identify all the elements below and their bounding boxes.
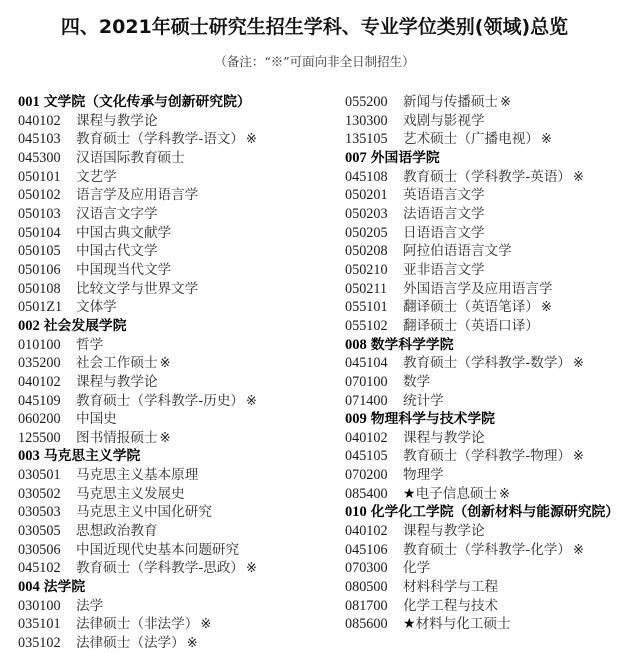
program-item: 045104教育硕士（学科教学-数学）※ xyxy=(345,354,625,373)
program-item: 045109教育硕士（学科教学-历史）※ xyxy=(18,392,323,411)
program-code: 135105 xyxy=(345,130,403,149)
program-item: 055101翻译硕士（英语笔译）※ xyxy=(345,298,625,317)
program-item: 050101文艺学 xyxy=(18,168,323,187)
program-item: 050104中国古典文献学 xyxy=(18,224,323,243)
program-code: 045102 xyxy=(18,559,76,578)
program-name: 亚非语言文学 xyxy=(403,262,485,278)
part-time-mark-icon: ※ xyxy=(541,300,552,315)
program-name: 化学 xyxy=(403,560,430,576)
program-item: 135105艺术硕士（广播电视）※ xyxy=(345,130,625,149)
program-code: 040102 xyxy=(18,373,76,392)
part-time-mark-icon: ※ xyxy=(573,356,584,371)
part-time-mark-icon: ※ xyxy=(246,132,257,147)
program-code: 035200 xyxy=(18,354,76,373)
department-heading: 008数学科学学院 xyxy=(345,336,625,355)
program-item: 071400统计学 xyxy=(345,392,625,411)
program-name: 教育硕士（学科教学-物理） xyxy=(403,448,571,464)
program-code: 030501 xyxy=(18,466,76,485)
department-heading: 004法学院 xyxy=(18,578,323,597)
program-name: 语言学及应用语言学 xyxy=(76,187,198,203)
note-text: （备注：“※”可面向非全日制招生） xyxy=(0,52,629,70)
program-name: 中国古代文学 xyxy=(76,243,158,259)
program-item: 050105中国古代文学 xyxy=(18,242,323,261)
program-code: 030502 xyxy=(18,485,76,504)
department-heading: 001文学院（文化传承与创新研究院） xyxy=(18,93,323,112)
program-item: 125500图书情报硕士※ xyxy=(18,429,323,448)
program-code: 050103 xyxy=(18,205,76,224)
department-code: 009 xyxy=(345,411,367,427)
part-time-mark-icon: ※ xyxy=(573,170,584,185)
program-name: 中国史 xyxy=(76,411,117,427)
part-time-mark-icon: ※ xyxy=(541,132,552,147)
program-name: 文体学 xyxy=(76,299,117,315)
department-heading: 009物理科学与技术学院 xyxy=(345,410,625,429)
program-code: 080500 xyxy=(345,578,403,597)
program-name: 电子信息硕士 xyxy=(416,486,498,502)
program-name: 法语语言文学 xyxy=(403,206,485,222)
department-heading: 003马克思主义学院 xyxy=(18,447,323,466)
program-name: 化学工程与技术 xyxy=(403,598,498,614)
program-item: 045102教育硕士（学科教学-思政）※ xyxy=(18,559,323,578)
right-column: 055200新闻与传播硕士※130300戏剧与影视学135105艺术硕士（广播电… xyxy=(345,93,625,634)
program-name: 马克思主义基本原理 xyxy=(76,467,198,483)
program-item: 050108比较文学与世界文学 xyxy=(18,280,323,299)
program-name: 日语语言文学 xyxy=(403,225,485,241)
star-icon: ★ xyxy=(403,486,416,502)
program-code: 045106 xyxy=(345,541,403,560)
department-name: 数学科学学院 xyxy=(371,337,454,353)
program-name: 翻译硕士（英语口译） xyxy=(403,318,539,334)
program-name: 法律硕士（法学） xyxy=(76,635,185,651)
program-item: 050201英语语言文学 xyxy=(345,186,625,205)
department-heading: 010化学化工学院（创新材料与能源研究院） xyxy=(345,503,625,522)
program-name: 哲学 xyxy=(76,337,103,353)
program-item: 055200新闻与传播硕士※ xyxy=(345,93,625,112)
program-code: 050108 xyxy=(18,280,76,299)
department-code: 010 xyxy=(345,504,367,520)
program-code: 045103 xyxy=(18,130,76,149)
department-code: 003 xyxy=(18,448,40,464)
program-name: 教育硕士（学科教学-思政） xyxy=(76,560,244,576)
program-name: 中国现当代文学 xyxy=(76,262,171,278)
department-heading: 002社会发展学院 xyxy=(18,317,323,336)
department-name: 外国语学院 xyxy=(371,150,440,166)
part-time-mark-icon: ※ xyxy=(160,431,171,446)
department-name: 社会发展学院 xyxy=(44,318,127,334)
program-name: 思想政治教育 xyxy=(76,523,158,539)
program-code: 055200 xyxy=(345,93,403,112)
program-code: 130300 xyxy=(345,112,403,131)
program-code: 050205 xyxy=(345,224,403,243)
program-code: 085600 xyxy=(345,615,403,634)
department-code: 007 xyxy=(345,150,367,166)
program-item: 045105教育硕士（学科教学-物理）※ xyxy=(345,447,625,466)
program-name: 材料科学与工程 xyxy=(403,579,498,595)
program-code: 070200 xyxy=(345,466,403,485)
department-name: 化学化工学院（创新材料与能源研究院） xyxy=(371,504,619,520)
program-item: 045106教育硕士（学科教学-化学）※ xyxy=(345,541,625,560)
program-code: 070100 xyxy=(345,373,403,392)
part-time-mark-icon: ※ xyxy=(160,356,171,371)
department-name: 法学院 xyxy=(44,579,85,595)
program-item: 130300戏剧与影视学 xyxy=(345,112,625,131)
program-name: 阿拉伯语语言文学 xyxy=(403,243,512,259)
program-name: 法学 xyxy=(76,598,103,614)
program-item: 050106中国现当代文学 xyxy=(18,261,323,280)
program-code: 045104 xyxy=(345,354,403,373)
program-item: 080500材料科学与工程 xyxy=(345,578,625,597)
program-name: 艺术硕士（广播电视） xyxy=(403,131,539,147)
program-code: 030506 xyxy=(18,541,76,560)
program-code: 050208 xyxy=(345,242,403,261)
program-item: 070200物理学 xyxy=(345,466,625,485)
program-item: 045300汉语国际教育硕士 xyxy=(18,149,323,168)
program-name: 文艺学 xyxy=(76,169,117,185)
program-item: 030502马克思主义发展史 xyxy=(18,485,323,504)
program-name: 法律硕士（非法学） xyxy=(76,616,198,632)
program-item: 050208阿拉伯语语言文学 xyxy=(345,242,625,261)
program-code: 055102 xyxy=(345,317,403,336)
program-item: 030505思想政治教育 xyxy=(18,522,323,541)
program-name: 英语语言文学 xyxy=(403,187,485,203)
department-code: 004 xyxy=(18,579,40,595)
program-item: 045108教育硕士（学科教学-英语）※ xyxy=(345,168,625,187)
program-code: 0501Z1 xyxy=(18,298,76,317)
part-time-mark-icon: ※ xyxy=(573,449,584,464)
program-item: 040102课程与教学论 xyxy=(345,429,625,448)
program-code: 040102 xyxy=(345,522,403,541)
program-code: 045109 xyxy=(18,392,76,411)
program-code: 050203 xyxy=(345,205,403,224)
program-name: 马克思主义发展史 xyxy=(76,486,185,502)
program-item: 040102课程与教学论 xyxy=(345,522,625,541)
program-name: 教育硕士（学科教学-英语） xyxy=(403,169,571,185)
program-name: 教育硕士（学科教学-语文） xyxy=(76,131,244,147)
page-title: 四、2021年硕士研究生招生学科、专业学位类别(领域)总览 xyxy=(0,12,629,39)
program-code: 055101 xyxy=(345,298,403,317)
program-item: 070100数学 xyxy=(345,373,625,392)
program-item: 050102语言学及应用语言学 xyxy=(18,186,323,205)
program-name: 课程与教学论 xyxy=(76,374,158,390)
program-item: 085600★材料与化工硕士 xyxy=(345,615,625,634)
program-item: 030501马克思主义基本原理 xyxy=(18,466,323,485)
program-name: 教育硕士（学科教学-化学） xyxy=(403,542,571,558)
program-code: 050106 xyxy=(18,261,76,280)
program-name: 课程与教学论 xyxy=(403,430,485,446)
program-code: 045300 xyxy=(18,149,76,168)
program-code: 050210 xyxy=(345,261,403,280)
program-name: 材料与化工硕士 xyxy=(416,616,511,632)
program-item: 050205日语语言文学 xyxy=(345,224,625,243)
program-code: 050104 xyxy=(18,224,76,243)
program-name: 汉语言文字学 xyxy=(76,206,158,222)
program-code: 050105 xyxy=(18,242,76,261)
program-code: 050201 xyxy=(345,186,403,205)
program-name: 课程与教学论 xyxy=(76,113,158,129)
program-item: 040102课程与教学论 xyxy=(18,112,323,131)
program-name: 汉语国际教育硕士 xyxy=(76,150,185,166)
part-time-mark-icon: ※ xyxy=(499,487,510,502)
program-item: 050211外国语言学及应用语言学 xyxy=(345,280,625,299)
program-item: 050103汉语言文字学 xyxy=(18,205,323,224)
program-item: 040102课程与教学论 xyxy=(18,373,323,392)
part-time-mark-icon: ※ xyxy=(200,617,211,632)
program-code: 030503 xyxy=(18,503,76,522)
program-item: 050210亚非语言文学 xyxy=(345,261,625,280)
program-name: 课程与教学论 xyxy=(403,523,485,539)
program-code: 071400 xyxy=(345,392,403,411)
department-code: 008 xyxy=(345,337,367,353)
program-name: 比较文学与世界文学 xyxy=(76,281,198,297)
program-name: 马克思主义中国化研究 xyxy=(76,504,212,520)
program-code: 045105 xyxy=(345,447,403,466)
program-item: 055102翻译硕士（英语口译） xyxy=(345,317,625,336)
program-code: 040102 xyxy=(345,429,403,448)
department-name: 文学院（文化传承与创新研究院） xyxy=(44,94,251,110)
program-code: 050101 xyxy=(18,168,76,187)
program-name: 社会工作硕士 xyxy=(76,355,158,371)
department-code: 001 xyxy=(18,94,40,110)
program-code: 050102 xyxy=(18,186,76,205)
program-name: 中国近现代史基本问题研究 xyxy=(76,542,239,558)
program-item: 050203法语语言文学 xyxy=(345,205,625,224)
star-icon: ★ xyxy=(403,616,416,632)
program-item: 045103教育硕士（学科教学-语文）※ xyxy=(18,130,323,149)
program-item: 030100法学 xyxy=(18,597,323,616)
program-item: 035101法律硕士（非法学）※ xyxy=(18,615,323,634)
program-item: 085400★电子信息硕士※ xyxy=(345,485,625,504)
program-code: 070300 xyxy=(345,559,403,578)
program-code: 030505 xyxy=(18,522,76,541)
program-code: 010100 xyxy=(18,336,76,355)
program-name: 统计学 xyxy=(403,393,444,409)
program-code: 050211 xyxy=(345,280,403,299)
part-time-mark-icon: ※ xyxy=(246,561,257,576)
program-item: 070300化学 xyxy=(345,559,625,578)
program-item: 030506中国近现代史基本问题研究 xyxy=(18,541,323,560)
program-name: 教育硕士（学科教学-数学） xyxy=(403,355,571,371)
program-item: 081700化学工程与技术 xyxy=(345,597,625,616)
program-code: 045108 xyxy=(345,168,403,187)
program-code: 035102 xyxy=(18,634,76,653)
program-name: 教育硕士（学科教学-历史） xyxy=(76,393,244,409)
part-time-mark-icon: ※ xyxy=(187,636,198,651)
department-name: 物理科学与技术学院 xyxy=(371,411,495,427)
part-time-mark-icon: ※ xyxy=(246,394,257,409)
program-name: 物理学 xyxy=(403,467,444,483)
department-code: 002 xyxy=(18,318,40,334)
left-column: 001文学院（文化传承与创新研究院）040102课程与教学论045103教育硕士… xyxy=(18,93,323,653)
program-item: 060200中国史 xyxy=(18,410,323,429)
program-item: 0501Z1文体学 xyxy=(18,298,323,317)
program-code: 060200 xyxy=(18,410,76,429)
program-name: 戏剧与影视学 xyxy=(403,113,485,129)
program-item: 030503马克思主义中国化研究 xyxy=(18,503,323,522)
program-code: 081700 xyxy=(345,597,403,616)
department-name: 马克思主义学院 xyxy=(44,448,141,464)
part-time-mark-icon: ※ xyxy=(573,543,584,558)
program-code: 085400 xyxy=(345,485,403,504)
program-name: 新闻与传播硕士 xyxy=(403,94,498,110)
program-name: 翻译硕士（英语笔译） xyxy=(403,299,539,315)
program-item: 010100哲学 xyxy=(18,336,323,355)
program-name: 图书情报硕士 xyxy=(76,430,158,446)
program-code: 030100 xyxy=(18,597,76,616)
program-name: 数学 xyxy=(403,374,430,390)
program-item: 035200社会工作硕士※ xyxy=(18,354,323,373)
program-code: 040102 xyxy=(18,112,76,131)
program-name: 外国语言学及应用语言学 xyxy=(403,281,553,297)
program-code: 125500 xyxy=(18,429,76,448)
program-item: 035102法律硕士（法学）※ xyxy=(18,634,323,653)
program-code: 035101 xyxy=(18,615,76,634)
department-heading: 007外国语学院 xyxy=(345,149,625,168)
part-time-mark-icon: ※ xyxy=(500,95,511,110)
program-name: 中国古典文献学 xyxy=(76,225,171,241)
